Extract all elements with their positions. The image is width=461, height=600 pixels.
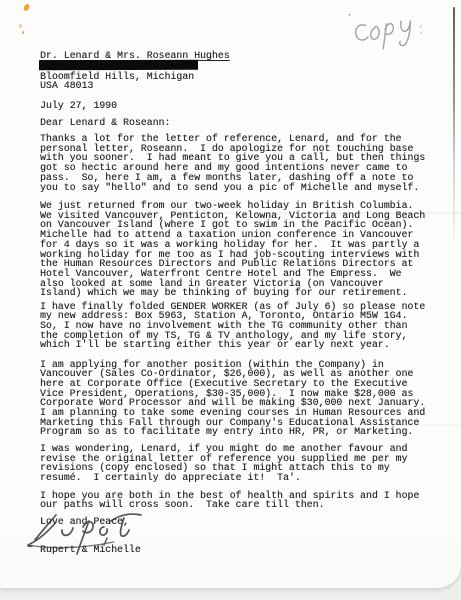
- scan-edge-line: [453, 7, 455, 242]
- paper-speck: [22, 31, 24, 34]
- letter-paragraph: I am applying for another position (with…: [40, 360, 425, 438]
- handwritten-copy-annotation: [344, 0, 433, 56]
- paper-speck: [23, 3, 30, 11]
- letter-paragraph: We just returned from our two-week holid…: [40, 201, 425, 298]
- paper-speck: [19, 24, 22, 28]
- redacted-address-bar: [39, 60, 198, 71]
- letter-page: Dr. Lenard & Mrs. Roseann Hughes Bloomfi…: [0, 0, 461, 588]
- salutation: Dear Lenard & Roseann:: [40, 118, 170, 128]
- letter-date: July 27, 1990: [40, 101, 117, 111]
- letter-paragraph: I have finally folded GENDER WORKER (as …: [40, 302, 425, 351]
- letter-paragraph: I was wondering, Lenard, if you might do…: [40, 444, 407, 483]
- handwritten-signature: [26, 506, 204, 560]
- recipient-postal: USA 48013: [40, 81, 93, 91]
- letter-paragraph: Thanks a lot for the letter of reference…: [40, 134, 425, 192]
